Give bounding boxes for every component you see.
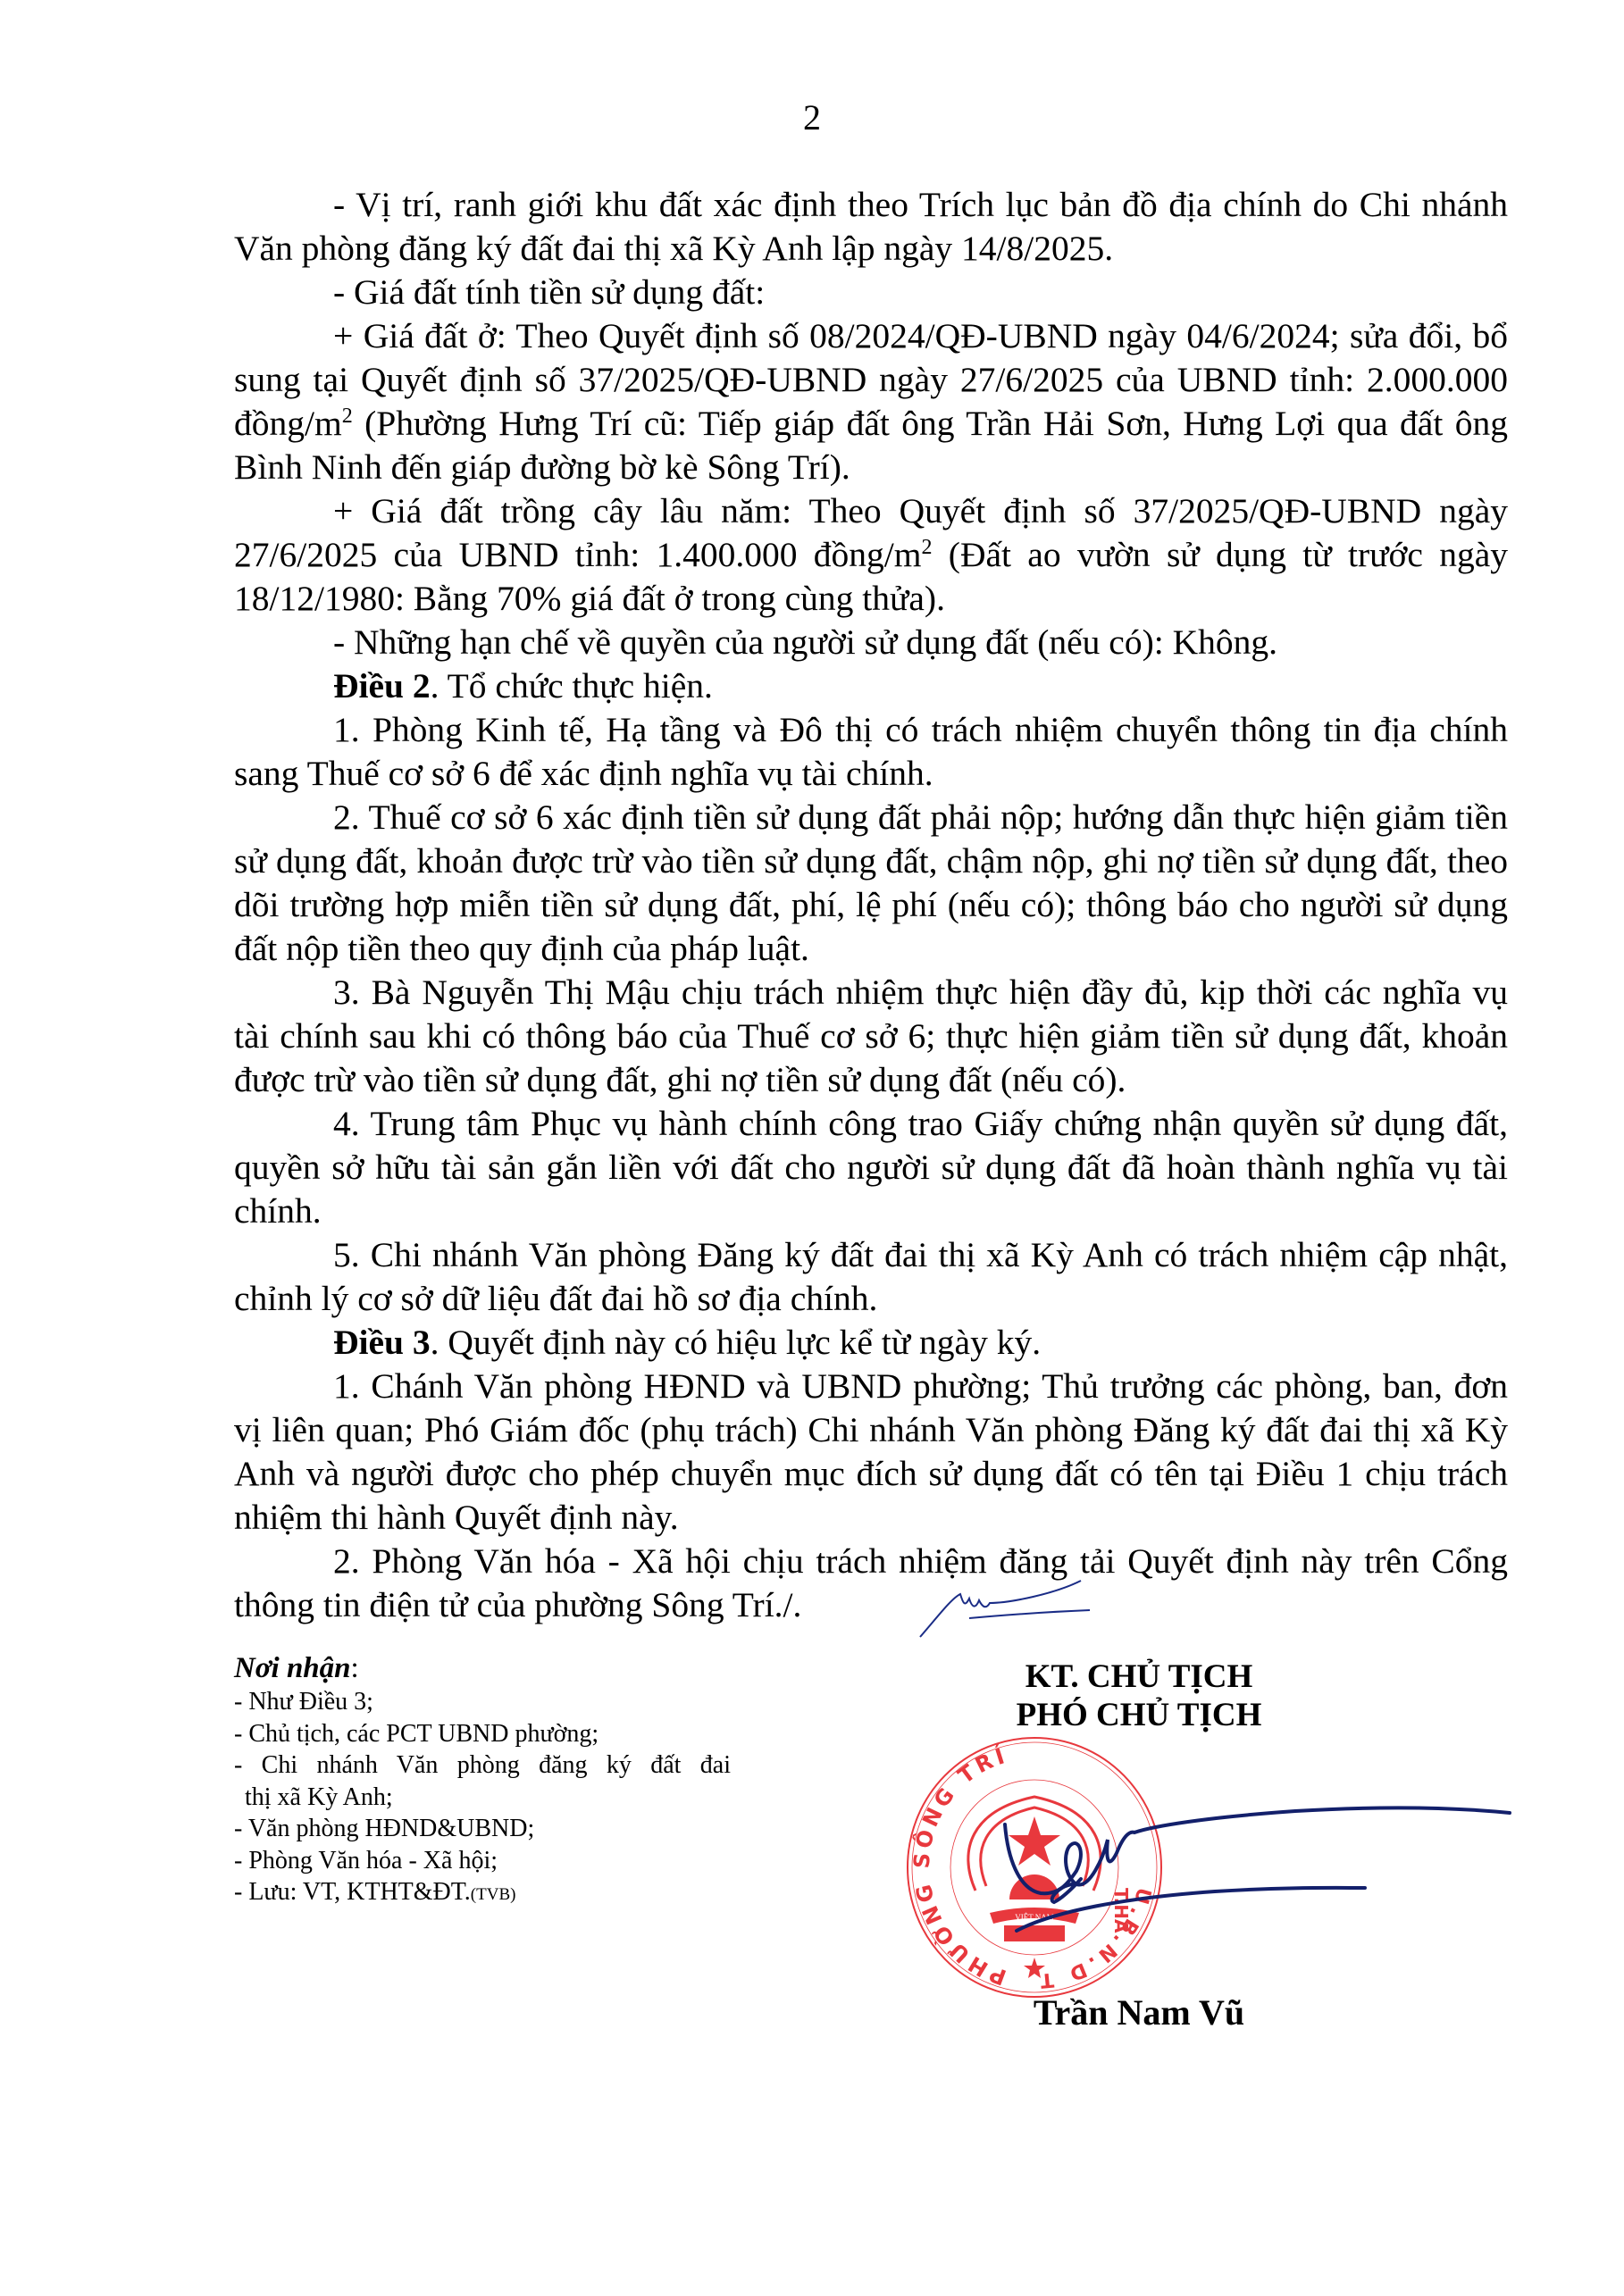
recipient-item-continuation: thị xã Kỳ Anh; xyxy=(234,1782,770,1814)
recipient-item: - Phòng Văn hóa - Xã hội; xyxy=(234,1845,770,1877)
article-2-item-1: 1. Phòng Kinh tế, Hạ tầng và Đô thị có t… xyxy=(234,708,1508,796)
document-body: - Vị trí, ranh giới khu đất xác định the… xyxy=(234,183,1508,1627)
recipient-item: - Chi nhánh Văn phòng đăng ký đất đai xyxy=(234,1749,731,1782)
official-seal-icon: PHƯỜNG SÔNG TRÍ U.B.N.D TỈNH VIỆT NAM T.… xyxy=(904,1734,1165,2000)
paragraph-location: - Vị trí, ranh giới khu đất xác định the… xyxy=(234,183,1508,271)
article-2-label: Điều 2 xyxy=(333,666,431,705)
article-3-label: Điều 3 xyxy=(333,1323,431,1362)
paragraph-perennial-price: + Giá đất trồng cây lâu năm: Theo Quyết … xyxy=(234,489,1508,621)
paragraph-residential-price: + Giá đất ở: Theo Quyết định số 08/2024/… xyxy=(234,314,1508,489)
signature-position: PHÓ CHỦ TỊCH xyxy=(925,1696,1353,1734)
article-2-heading: Điều 2. Tổ chức thực hiện. xyxy=(234,664,1508,708)
article-3-item-1: 1. Chánh Văn phòng HĐND và UBND phường; … xyxy=(234,1365,1508,1540)
recipients-title: Nơi nhận: xyxy=(234,1650,770,1686)
recipients-block: Nơi nhận: - Như Điều 3; - Chủ tịch, các … xyxy=(234,1650,770,1911)
article-3-heading: Điều 3. Quyết định này có hiệu lực kể từ… xyxy=(234,1321,1508,1365)
svg-text:U.B.N.D TỈNH: U.B.N.D TỈNH xyxy=(904,1734,1155,1991)
article-2-item-3: 3. Bà Nguyễn Thị Mậu chịu trách nhiệm th… xyxy=(234,971,1508,1102)
svg-text:T.HÀ: T.HÀ xyxy=(1110,1888,1132,1933)
signature-title-block: KT. CHỦ TỊCH PHÓ CHỦ TỊCH xyxy=(925,1657,1353,1734)
recipient-item: - Chủ tịch, các PCT UBND phường; xyxy=(234,1718,770,1750)
signer-name: Trần Nam Vũ xyxy=(925,1991,1353,2034)
seal-ribbon-text: VIỆT NAM xyxy=(1015,1913,1054,1922)
recipient-item-archive: - Lưu: VT, KTHT&ĐT.(TVB) xyxy=(234,1876,770,1911)
article-2-item-5: 5. Chi nhánh Văn phòng Đăng ký đất đai t… xyxy=(234,1233,1508,1321)
recipient-item: - Văn phòng HĐND&UBND; xyxy=(234,1813,770,1845)
page-number: 2 xyxy=(0,96,1624,139)
article-2-item-4: 4. Trung tâm Phục vụ hành chính công tra… xyxy=(234,1102,1508,1233)
article-2-item-2: 2. Thuế cơ sở 6 xác định tiền sử dụng đấ… xyxy=(234,796,1508,971)
article-3-item-2: 2. Phòng Văn hóa - Xã hội chịu trách nhi… xyxy=(234,1540,1508,1627)
recipient-item: - Như Điều 3; xyxy=(234,1686,770,1718)
signature-authority: KT. CHỦ TỊCH xyxy=(925,1657,1353,1696)
svg-text:PHƯỜNG SÔNG TRÍ: PHƯỜNG SÔNG TRÍ xyxy=(909,1741,1011,1990)
paragraph-land-price-heading: - Giá đất tính tiền sử dụng đất: xyxy=(234,271,1508,314)
paragraph-restrictions: - Những hạn chế về quyền của người sử dụ… xyxy=(234,621,1508,664)
